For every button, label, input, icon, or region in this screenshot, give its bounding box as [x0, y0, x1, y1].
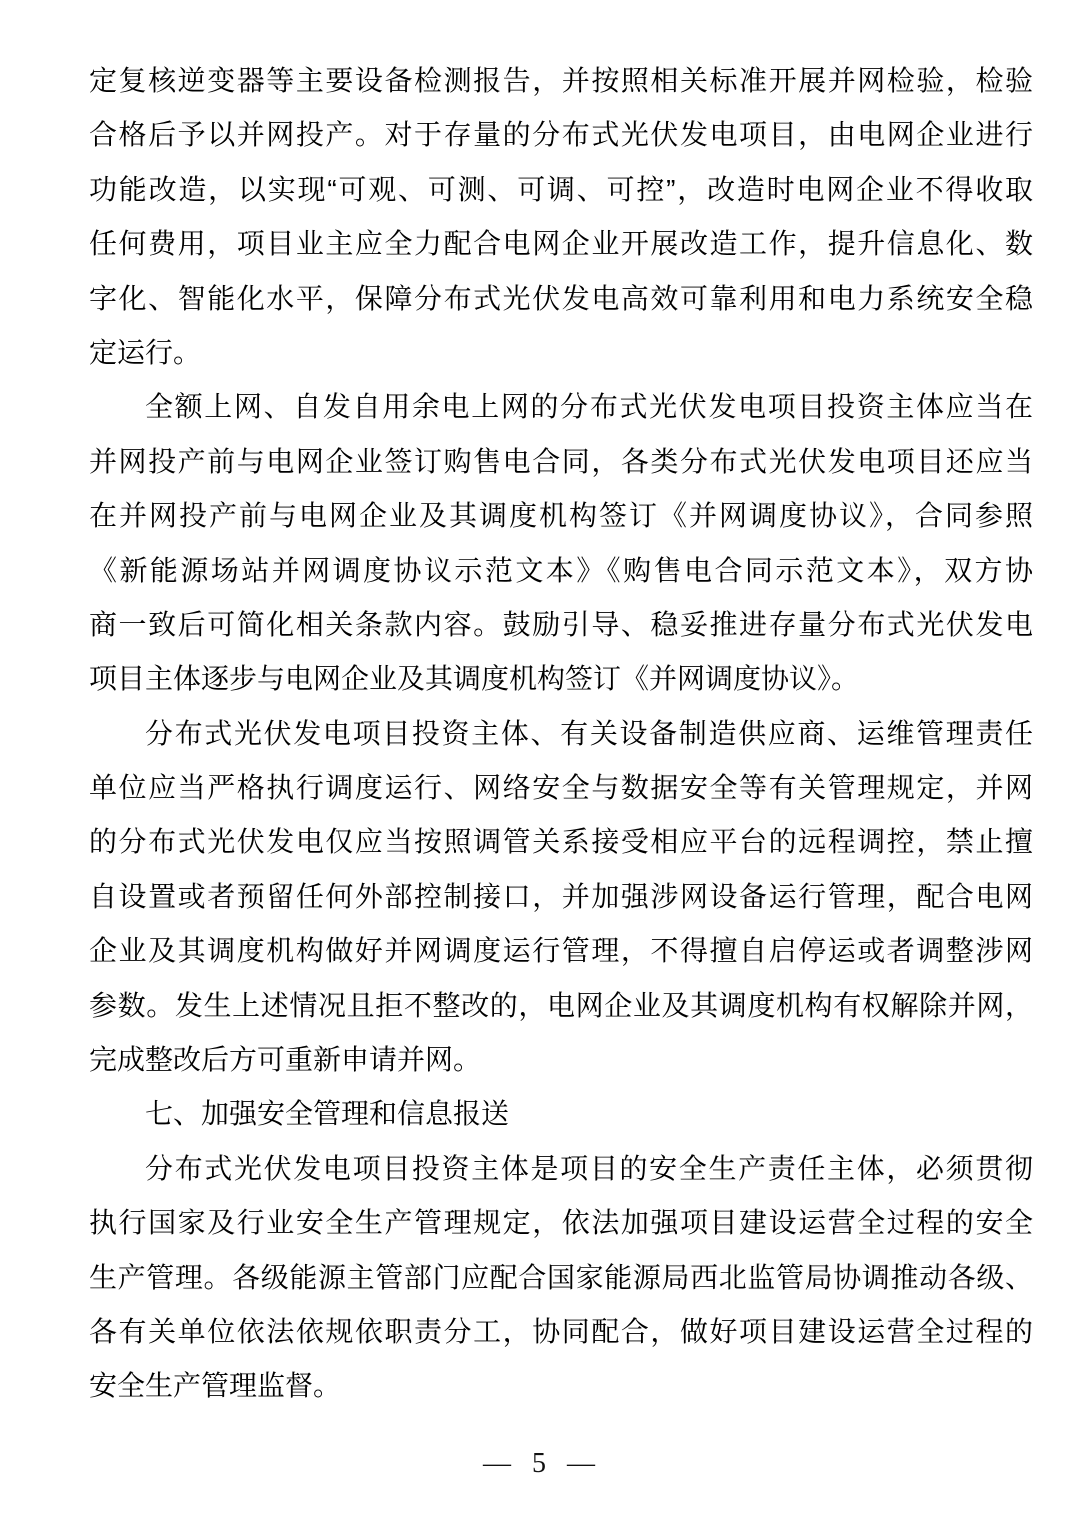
- text-line: 任何费用，项目业主应全力配合电网企业开展改造工作，提升信息化、数: [89, 217, 1033, 271]
- text-line: 企业及其调度机构做好并网调度运行管理，不得擅自启停运或者调整涉网: [89, 924, 1033, 978]
- text-line: 完成整改后方可重新申请并网。: [89, 1033, 1033, 1087]
- text-line: 功能改造，以实现“可观、可测、可调、可控”，改造时电网企业不得收取: [89, 163, 1033, 217]
- page-number: — 5 —: [483, 1448, 597, 1479]
- section-seven: 七、加强安全管理和信息报送: [89, 1087, 1033, 1141]
- text-line: 在并网投产前与电网企业及其调度机构签订《并网调度协议》，合同参照: [89, 489, 1033, 543]
- text-line: 全额上网、自发自用余电上网的分布式光伏发电项目投资主体应当在: [89, 380, 1033, 434]
- text-line: 合格后予以并网投产。对于存量的分布式光伏发电项目，由电网企业进行: [89, 108, 1033, 162]
- text-line: 自设置或者预留任何外部控制接口，并加强涉网设备运行管理，配合电网: [89, 870, 1033, 924]
- text-line: 各有关单位依法依规依职责分工，协同配合，做好项目建设运营全过程的: [89, 1305, 1033, 1359]
- text-line: 项目主体逐步与电网企业及其调度机构签订《并网调度协议》。: [89, 652, 1033, 706]
- text-line: 《新能源场站并网调度协议示范文本》《购售电合同示范文本》，双方协: [89, 544, 1033, 598]
- text-line: 字化、智能化水平，保障分布式光伏发电高效可靠利用和电力系统安全稳: [89, 272, 1033, 326]
- paragraph-dispatch-management: 分布式光伏发电项目投资主体、有关设备制造供应商、运维管理责任 单位应当严格执行调…: [89, 707, 1033, 1088]
- text-line: 的分布式光伏发电仅应当按照调管关系接受相应平台的远程调控，禁止擅: [89, 815, 1033, 869]
- text-line: 生产管理。各级能源主管部门应配合国家能源局西北监管局协调推动各级、: [89, 1251, 1033, 1305]
- document-body: 定复核逆变器等主要设备检测报告，并按照相关标准开展并网检验，检验 合格后予以并网…: [89, 54, 1033, 1414]
- text-line: 执行国家及行业安全生产管理规定，依法加强项目建设运营全过程的安全: [89, 1196, 1033, 1250]
- paragraph-continuation: 定复核逆变器等主要设备检测报告，并按照相关标准开展并网检验，检验 合格后予以并网…: [89, 54, 1033, 380]
- paragraph-grid-contracts: 全额上网、自发自用余电上网的分布式光伏发电项目投资主体应当在 并网投产前与电网企…: [89, 380, 1033, 706]
- text-line: 分布式光伏发电项目投资主体、有关设备制造供应商、运维管理责任: [89, 707, 1033, 761]
- section-heading: 七、加强安全管理和信息报送: [89, 1087, 1033, 1141]
- text-line: 并网投产前与电网企业签订购售电合同，各类分布式光伏发电项目还应当: [89, 435, 1033, 489]
- paragraph-safety-management: 分布式光伏发电项目投资主体是项目的安全生产责任主体，必须贯彻 执行国家及行业安全…: [89, 1142, 1033, 1414]
- page-footer: — 5 —: [0, 1444, 1080, 1484]
- text-line: 商一致后可简化相关条款内容。鼓励引导、稳妥推进存量分布式光伏发电: [89, 598, 1033, 652]
- text-line: 安全生产管理监督。: [89, 1359, 1033, 1413]
- text-line: 单位应当严格执行调度运行、网络安全与数据安全等有关管理规定，并网: [89, 761, 1033, 815]
- text-line: 参数。发生上述情况且拒不整改的，电网企业及其调度机构有权解除并网，: [89, 979, 1033, 1033]
- text-line: 定复核逆变器等主要设备检测报告，并按照相关标准开展并网检验，检验: [89, 54, 1033, 108]
- text-line: 分布式光伏发电项目投资主体是项目的安全生产责任主体，必须贯彻: [89, 1142, 1033, 1196]
- text-line: 定运行。: [89, 326, 1033, 380]
